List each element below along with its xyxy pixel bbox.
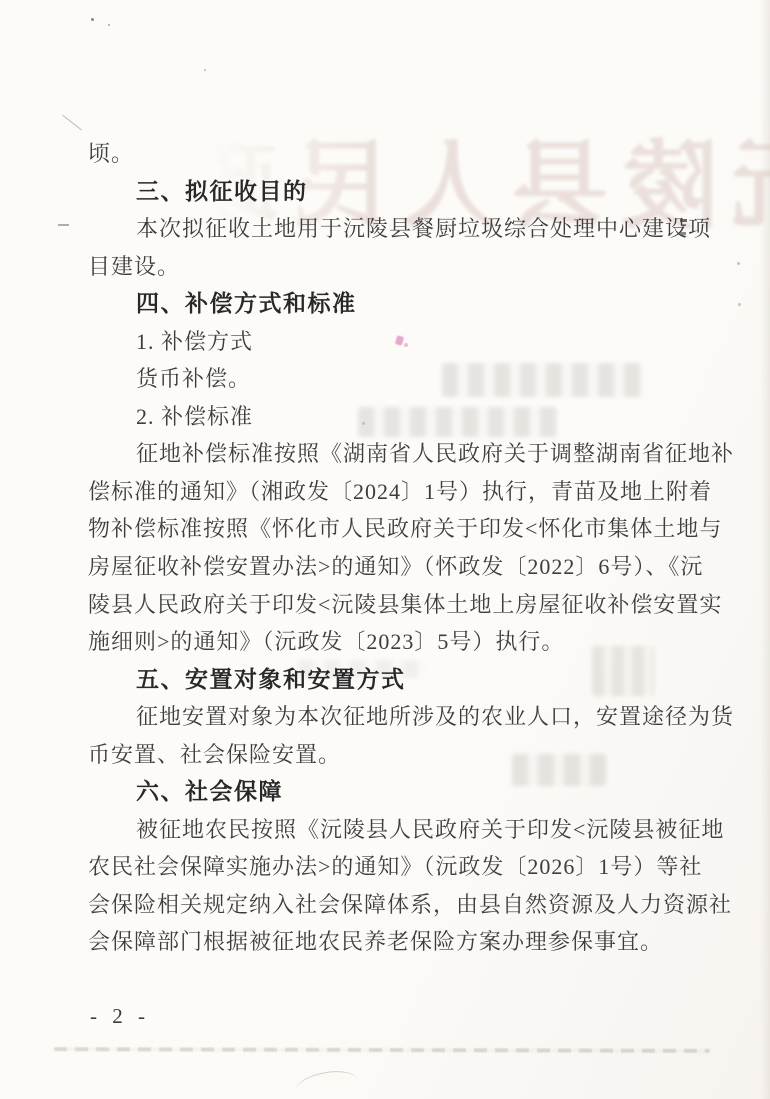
document-body: 顷。 三、拟征收目的 本次拟征收土地用于沅陵县餐厨垃圾综合处理中心建设项 目建设… xyxy=(88,135,714,961)
text-line: 被征地农民按照《沅陵县人民政府关于印发<沅陵县被征地 xyxy=(88,811,714,849)
text-line: 目建设。 xyxy=(88,248,714,286)
text-line: 1. 补偿方式 xyxy=(88,323,714,361)
scan-mark xyxy=(58,224,69,226)
text-line: 征地补偿标准按照《湖南省人民政府关于调整湖南省征地补 xyxy=(88,435,714,473)
text-line: 顷。 xyxy=(88,135,714,173)
text-line: 陵县人民政府关于印发<沅陵县集体土地上房屋征收补偿安置实 xyxy=(88,586,714,624)
scan-speck xyxy=(738,303,741,306)
scanned-document-page: { "doc": { "lines": [ {"text": "顷。"}, {"… xyxy=(0,0,770,1099)
text-line: 房屋征收补偿安置办法>的通知》（怀政发〔2022〕6号）、《沅 xyxy=(88,548,714,586)
text-line: 2. 补偿标准 xyxy=(88,398,714,436)
scan-speck xyxy=(91,18,94,21)
scan-scratch-curve xyxy=(294,1067,360,1099)
text-line: 偿标准的通知》（湘政发〔2024〕1号）执行，青苗及地上附着 xyxy=(88,473,714,511)
text-line: 币安置、社会保险安置。 xyxy=(88,736,714,774)
text-line: 施细则>的通知》（沅政发〔2023〕5号）执行。 xyxy=(88,623,714,661)
page-number: - 2 - xyxy=(90,1004,150,1029)
text-line: 征地安置对象为本次征地所涉及的农业人口，安置途径为货 xyxy=(88,698,714,736)
scan-speck xyxy=(737,262,740,265)
scan-speck xyxy=(204,69,206,71)
section-heading: 五、安置对象和安置方式 xyxy=(88,661,714,699)
scan-streak xyxy=(54,1047,710,1053)
text-line: 本次拟征收土地用于沅陵县餐厨垃圾综合处理中心建设项 xyxy=(88,210,714,248)
section-heading: 六、社会保障 xyxy=(88,773,714,811)
section-heading: 三、拟征收目的 xyxy=(88,173,714,211)
text-line: 农民社会保障实施办法>的通知》（沅政发〔2026〕1号）等社 xyxy=(88,848,714,886)
text-line: 会保障部门根据被征地农民养老保险方案办理参保事宜。 xyxy=(88,923,714,961)
section-heading: 四、补偿方式和标准 xyxy=(88,285,714,323)
scan-speck xyxy=(108,24,110,26)
text-line: 物补偿标准按照《怀化市人民政府关于印发<怀化市集体土地与 xyxy=(88,510,714,548)
scan-edge-shadow xyxy=(760,0,770,1099)
scan-scratch xyxy=(62,115,82,131)
text-line: 货币补偿。 xyxy=(88,360,714,398)
text-line: 会保险相关规定纳入社会保障体系，由县自然资源及人力资源社 xyxy=(88,886,714,924)
